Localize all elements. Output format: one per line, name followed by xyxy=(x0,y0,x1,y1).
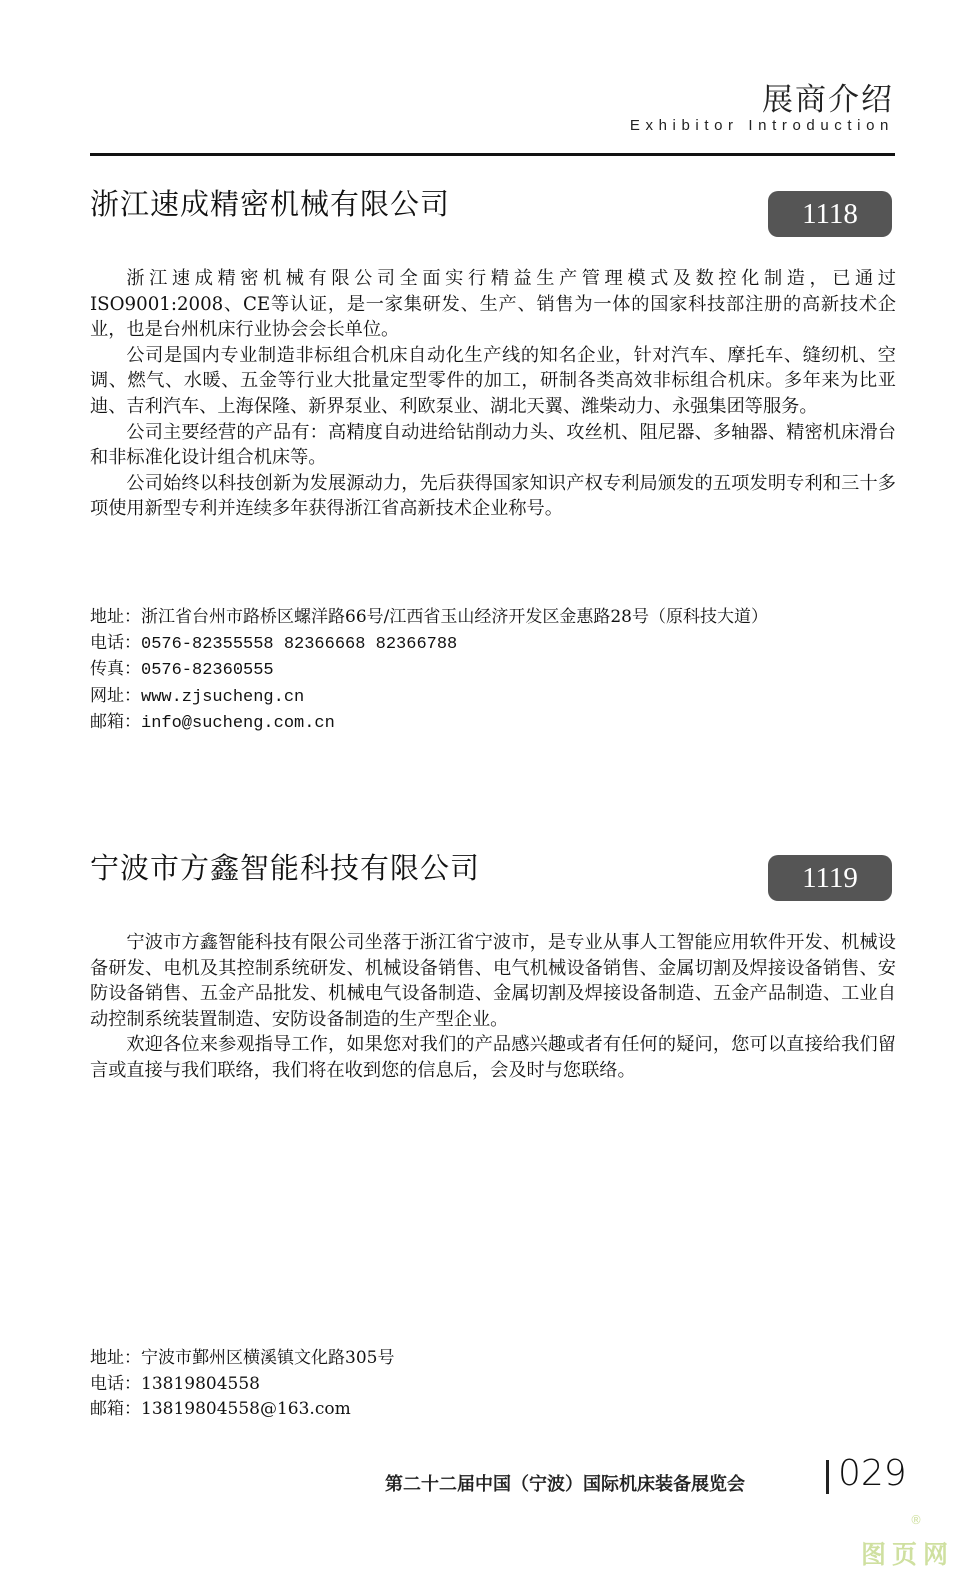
description-paragraph: 欢迎各位来参观指导工作，如果您对我们的产品感兴趣或者有任何的疑问，您可以直接给我… xyxy=(90,1032,896,1083)
company-name: 宁波市方鑫智能科技有限公司 xyxy=(90,846,480,887)
event-name: 第二十二届中国（宁波）国际机床装备展览会 xyxy=(385,1470,745,1496)
page-number: 029 xyxy=(838,1453,907,1494)
company-description: 宁波市方鑫智能科技有限公司坐落于浙江省宁波市，是专业从事人工智能应用软件开发、机… xyxy=(90,930,896,1084)
booth-number-badge: 1118 xyxy=(768,191,892,237)
description-paragraph: 浙江速成精密机械有限公司全面实行精益生产管理模式及数控化制造，已通过ISO900… xyxy=(90,266,896,343)
section-subtitle: Exhibitor Introduction xyxy=(630,117,894,134)
email-row: 邮箱：13819804558@163.com xyxy=(90,1397,896,1423)
fax-label: 传真： xyxy=(90,659,141,679)
header-divider xyxy=(90,153,895,156)
description-paragraph: 公司始终以科技创新为发展源动力，先后获得国家知识产权专利局颁发的五项发明专利和三… xyxy=(90,471,896,522)
contact-info: 地址：宁波市鄞州区横溪镇文化路305号 电话：13819804558 邮箱：13… xyxy=(90,1346,896,1423)
address-row: 地址：浙江省台州市路桥区螺洋路66号/江西省玉山经济开发区金惠路28号（原科技大… xyxy=(90,605,896,631)
email-link[interactable]: info@sucheng.com.cn xyxy=(141,714,335,733)
email-row: 邮箱：info@sucheng.com.cn xyxy=(90,710,896,737)
description-paragraph: 宁波市方鑫智能科技有限公司坐落于浙江省宁波市，是专业从事人工智能应用软件开发、机… xyxy=(90,930,896,1032)
address-value: 宁波市鄞州区横溪镇文化路305号 xyxy=(141,1348,394,1368)
email-label: 邮箱： xyxy=(90,1399,141,1419)
phone-label: 电话： xyxy=(90,1374,141,1394)
booth-number-badge: 1119 xyxy=(768,855,892,901)
phone-value: 0576-82355558 82366668 82366788 xyxy=(141,635,457,654)
address-value: 浙江省台州市路桥区螺洋路66号/江西省玉山经济开发区金惠路28号（原科技大道） xyxy=(141,607,768,627)
fax-row: 传真：0576-82360555 xyxy=(90,657,896,684)
website-label: 网址： xyxy=(90,686,141,706)
section-title: 展商介绍 xyxy=(762,74,894,119)
description-paragraph: 公司是国内专业制造非标组合机床自动化生产线的知名企业，针对汽车、摩托车、缝纫机、… xyxy=(90,343,896,420)
phone-row: 电话：13819804558 xyxy=(90,1372,896,1398)
address-row: 地址：宁波市鄞州区横溪镇文化路305号 xyxy=(90,1346,896,1372)
website-row: 网址：www.zjsucheng.cn xyxy=(90,684,896,711)
contact-info: 地址：浙江省台州市路桥区螺洋路66号/江西省玉山经济开发区金惠路28号（原科技大… xyxy=(90,605,896,737)
footer-divider xyxy=(826,1460,829,1494)
email-link[interactable]: 13819804558@163.com xyxy=(141,1399,351,1419)
phone-value: 13819804558 xyxy=(141,1374,260,1394)
phone-label: 电话： xyxy=(90,633,141,653)
watermark-logo: 图页网 xyxy=(861,1535,954,1571)
company-description: 浙江速成精密机械有限公司全面实行精益生产管理模式及数控化制造，已通过ISO900… xyxy=(90,266,896,522)
email-label: 邮箱： xyxy=(90,712,141,732)
phone-row: 电话：0576-82355558 82366668 82366788 xyxy=(90,631,896,658)
fax-value: 0576-82360555 xyxy=(141,661,274,680)
address-label: 地址： xyxy=(90,1348,141,1368)
address-label: 地址： xyxy=(90,607,141,627)
registered-mark-icon: ® xyxy=(910,1513,922,1527)
description-paragraph: 公司主要经营的产品有：高精度自动进给钻削动力头、攻丝机、阻尼器、多轴器、精密机床… xyxy=(90,420,896,471)
website-link[interactable]: www.zjsucheng.cn xyxy=(141,688,304,707)
company-name: 浙江速成精密机械有限公司 xyxy=(90,182,450,223)
